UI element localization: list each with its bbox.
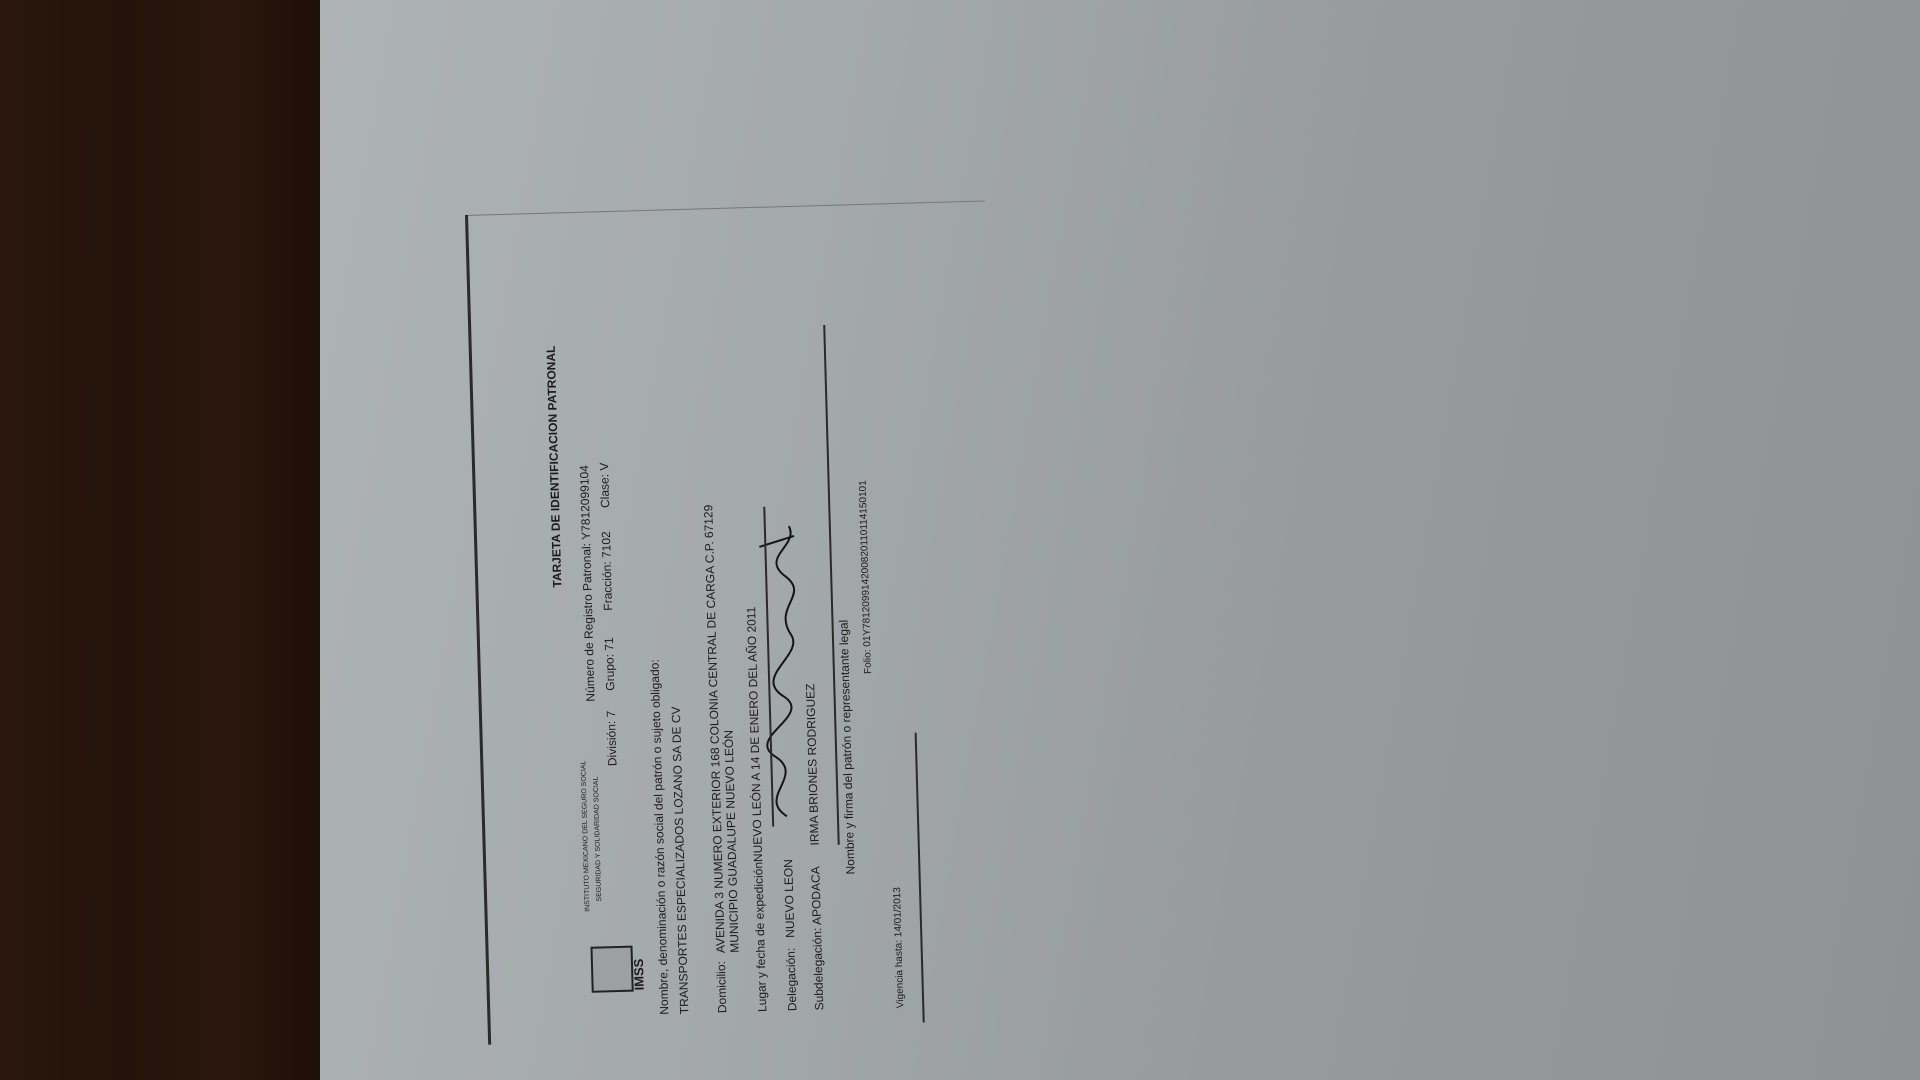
clase-value: V <box>597 462 611 470</box>
classification-row: División: 7 Grupo: 71 Fracción: 7102 Cla… <box>597 462 619 766</box>
delegacion-row: Delegación: NUEVO LEON <box>781 859 799 1011</box>
vigencia-row: Vigencia hasta: 14/01/2013 <box>892 887 906 1008</box>
folio-value: 01Y78120991420082011011415010​1 <box>858 480 874 647</box>
division-value: 7 <box>604 711 618 718</box>
registro-label: Número de Registro Patronal: <box>579 543 597 702</box>
registro-value: Y7812099104 <box>577 465 593 540</box>
delegacion-value: NUEVO LEON <box>781 859 797 938</box>
fraccion-value: 7102 <box>599 531 614 558</box>
vigencia-value: 14/01/2013 <box>892 887 904 937</box>
vigencia-border <box>915 733 925 1023</box>
firma-label: Nombre y firma del patrón o representant… <box>836 620 857 875</box>
wooden-table-background <box>0 0 320 1080</box>
subdelegacion-value: APODACA <box>808 866 824 925</box>
institution-line1: INSTITUTO MEXICANO DEL SEGURO SOCIAL <box>580 760 591 911</box>
clase-label: Clase: <box>597 474 612 508</box>
folio-row: Folio: 01Y78120991420082011011415010​1 <box>858 480 874 674</box>
domicilio-line1: AVENIDA 3 NUMERO EXTERIOR 168 COLONIA CE… <box>701 505 728 954</box>
institution-line2: SEGURIDAD Y SOLIDARIDAD SOCIAL <box>593 776 603 901</box>
subdelegacion-row: Subdelegación: APODACA <box>808 866 826 1010</box>
fraccion-label: Fracción: <box>600 561 615 611</box>
grupo-value: 71 <box>602 637 616 651</box>
signature-scribble <box>739 515 838 827</box>
lugar-label: Lugar y fecha de expedición: <box>751 858 769 1012</box>
domicilio-label: Domicilio: <box>714 961 729 1013</box>
imss-card: TARJETA DE IDENTIFICACION PATRONAL IMSS … <box>465 200 1028 1035</box>
vigencia-label: Vigencia hasta: <box>893 940 906 1008</box>
nombre-label: Nombre, denominación o razón social del … <box>647 659 671 1015</box>
imss-logo-text: IMSS <box>631 958 647 990</box>
card-title: TARJETA DE IDENTIFICACION PATRONAL <box>544 345 565 587</box>
delegacion-label: Delegación: <box>784 948 800 1012</box>
nombre-value: TRANSPORTES ESPECIALIZADOS LOZANO SA DE … <box>669 706 692 1014</box>
imss-logo-icon <box>590 946 633 993</box>
grupo-label: Grupo: <box>602 654 617 691</box>
folio-label: Folio: <box>862 649 874 674</box>
registro-row: Número de Registro Patronal: Y7812099104 <box>577 465 598 702</box>
subdelegacion-label: Subdelegación: <box>810 928 826 1011</box>
division-label: División: <box>604 721 619 767</box>
